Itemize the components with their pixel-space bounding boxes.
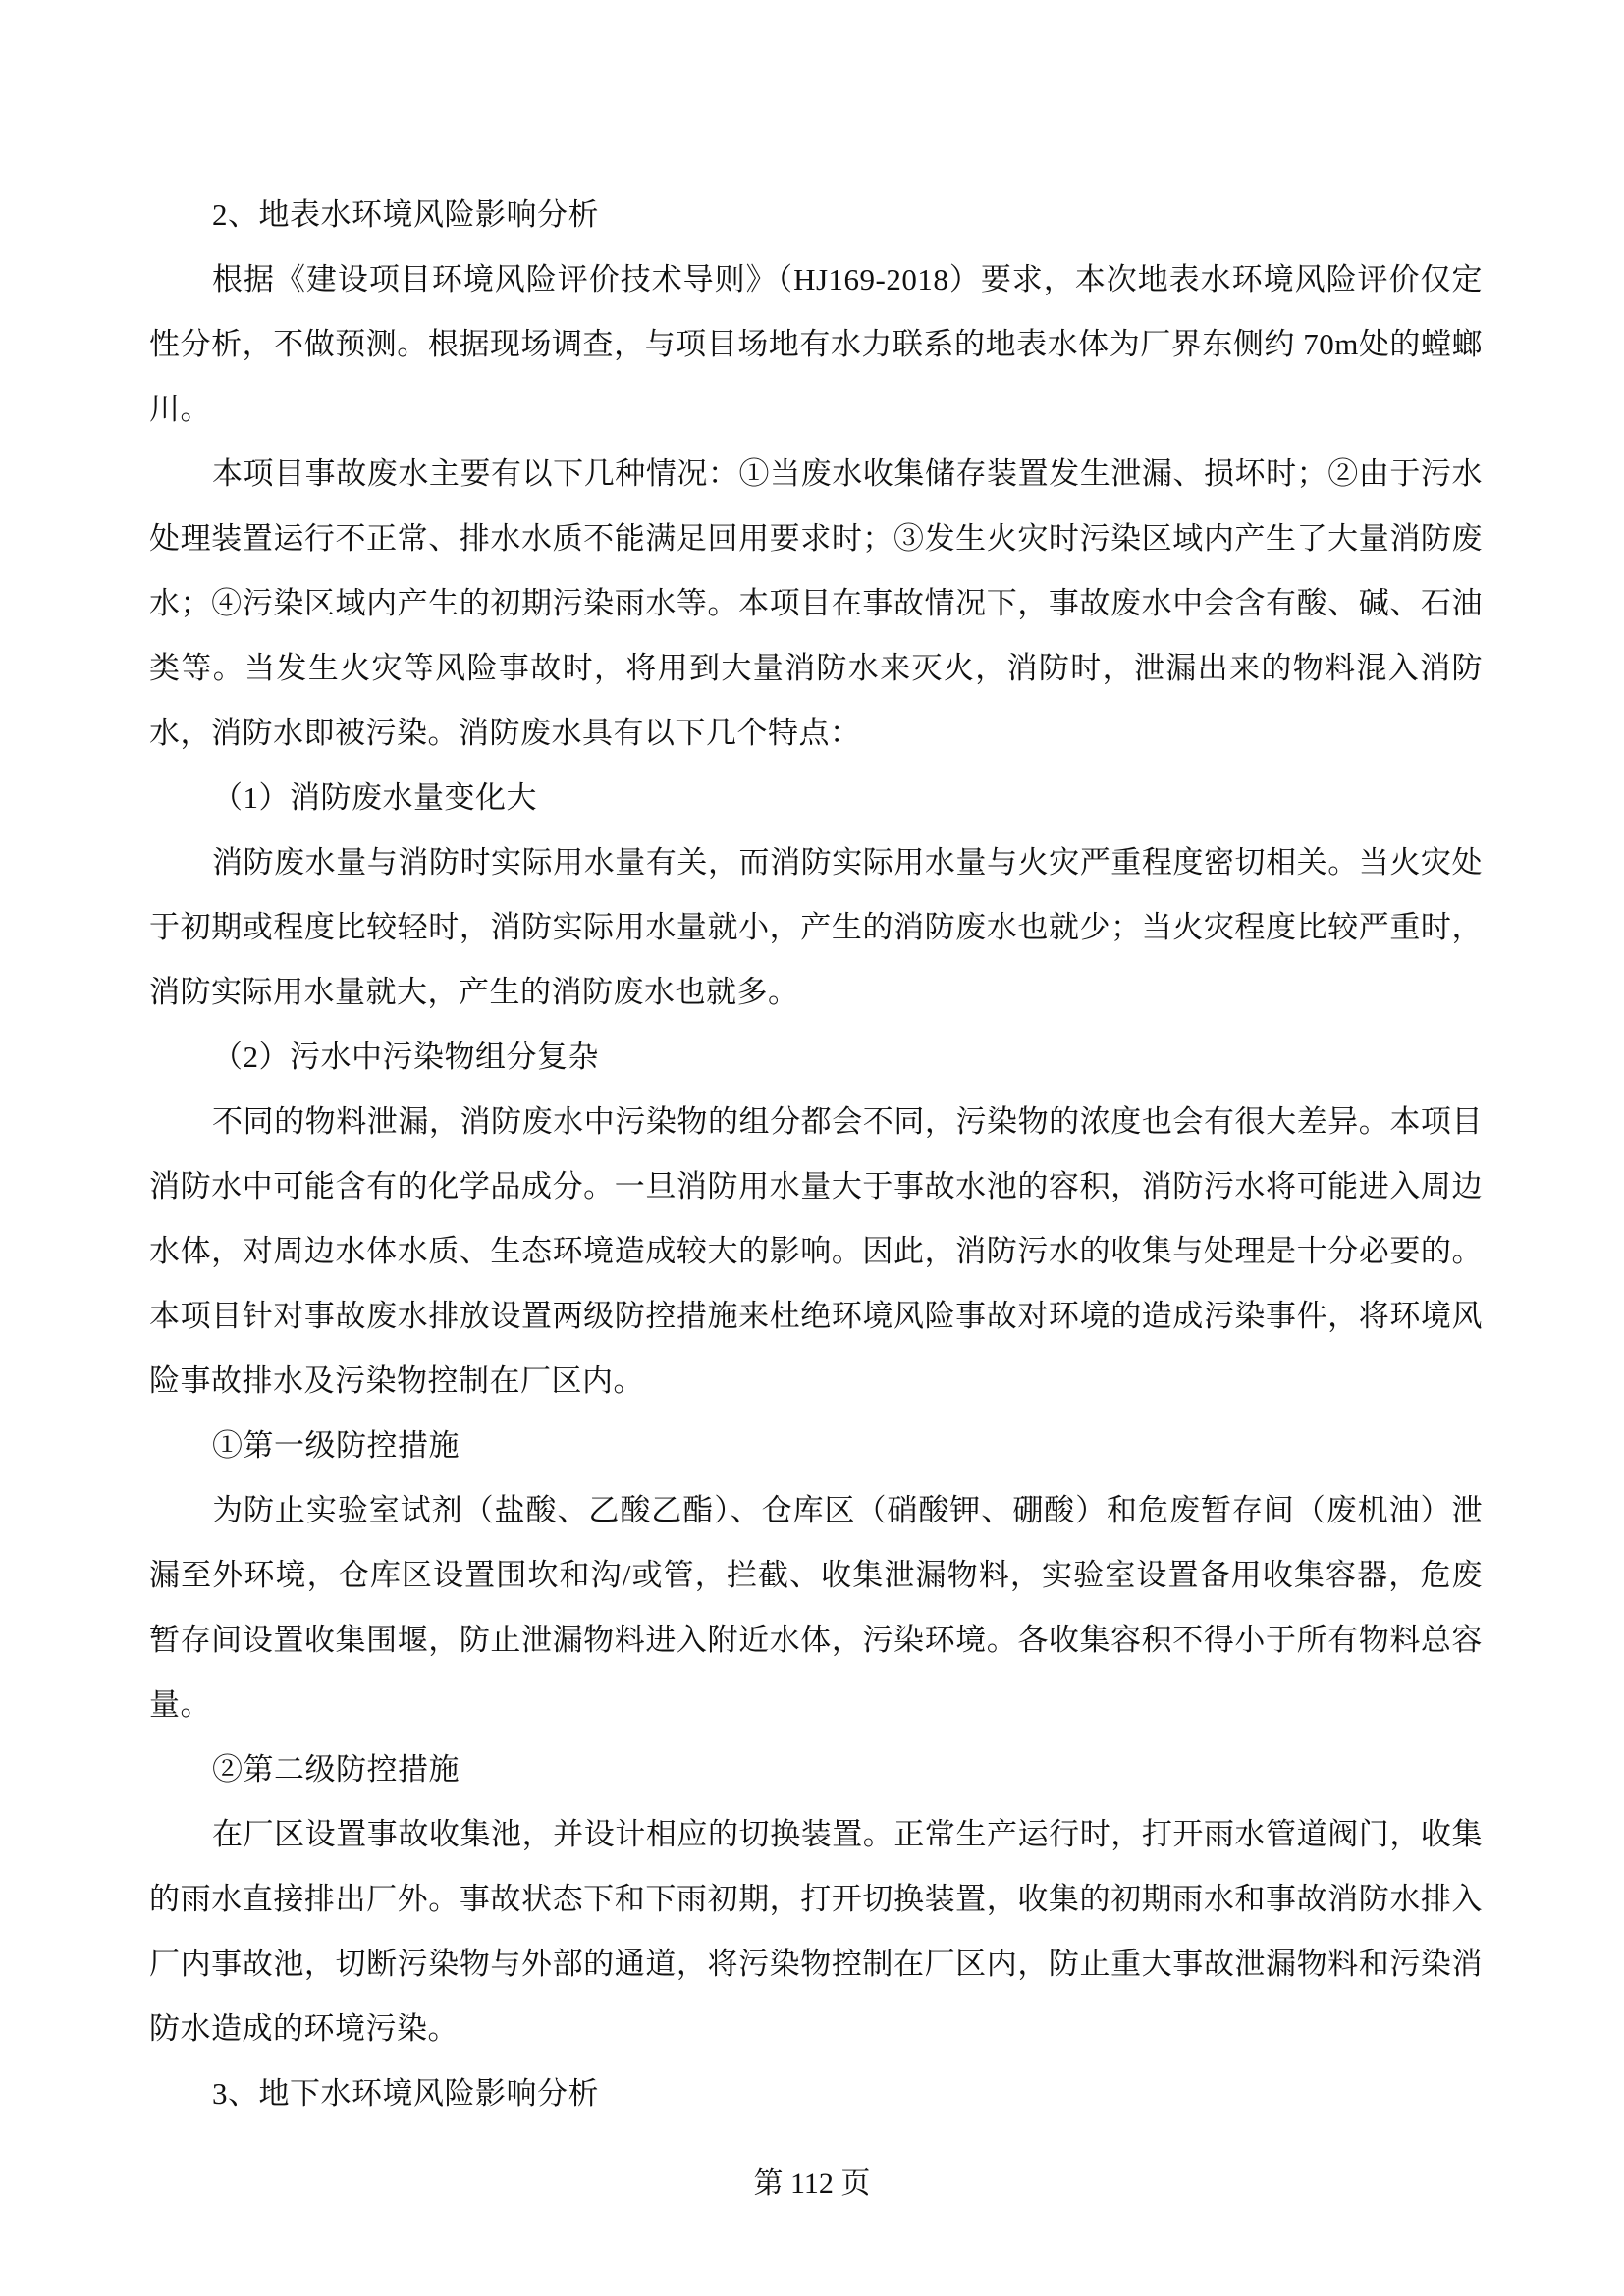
subheading-first-level-control: ①第一级防控措施 <box>149 1414 1483 1478</box>
heading-groundwater-risk-analysis: 3、地下水环境风险影响分析 <box>149 2061 1483 2126</box>
para-pollutant-composition-detail: 不同的物料泄漏，消防废水中污染物的组分都会不同，污染物的浓度也会有很大差异。本项… <box>149 1090 1483 1414</box>
para-evaluation-basis: 根据《建设项目环境风险评价技术导则》（HJ169-2018）要求，本次地表水环境… <box>149 247 1483 442</box>
document-page: 2、地表水环境风险影响分析 根据《建设项目环境风险评价技术导则》（HJ169-2… <box>0 0 1624 2296</box>
subheading-pollutant-composition: （2）污水中污染物组分复杂 <box>149 1025 1483 1090</box>
para-accident-wastewater-scenarios: 本项目事故废水主要有以下几种情况：①当废水收集储存装置发生泄漏、损坏时；②由于污… <box>149 442 1483 766</box>
subheading-firewater-volume-variation: （1）消防废水量变化大 <box>149 766 1483 830</box>
heading-surface-water-risk-analysis: 2、地表水环境风险影响分析 <box>149 183 1483 247</box>
para-first-level-control-detail: 为防止实验室试剂（盐酸、乙酸乙酯）、仓库区（硝酸钾、硼酸）和危废暂存间（废机油）… <box>149 1478 1483 1737</box>
subheading-second-level-control: ②第二级防控措施 <box>149 1737 1483 1802</box>
document-body: 2、地表水环境风险影响分析 根据《建设项目环境风险评价技术导则》（HJ169-2… <box>149 183 1483 2126</box>
page-number: 第 112 页 <box>0 2152 1624 2216</box>
para-second-level-control-detail: 在厂区设置事故收集池，并设计相应的切换装置。正常生产运行时，打开雨水管道阀门，收… <box>149 1802 1483 2061</box>
para-firewater-volume-detail: 消防废水量与消防时实际用水量有关，而消防实际用水量与火灾严重程度密切相关。当火灾… <box>149 830 1483 1025</box>
